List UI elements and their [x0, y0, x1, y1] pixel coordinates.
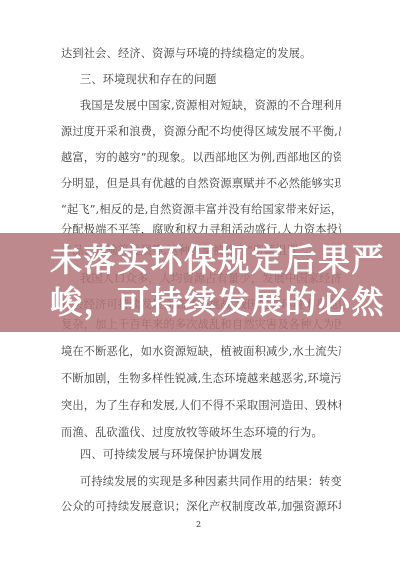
text-line: 不断加剧，生物多样性锐减,生态环境越来越恶劣,环境污染问题愈加 — [61, 372, 341, 386]
text-line: 分明显，但是具有优越的自然资源禀赋并不必然能够实现国家经济的 — [61, 177, 341, 191]
section-heading: 四、可持续发展与环境保护协调发展 — [80, 448, 341, 462]
text-line: 越富，穷的越穷”的现象。以西部地区为例,西部地区的资源禀赋十 — [61, 151, 341, 165]
text-line: 突出，为了生存和发展,人们不得不采取围河造田、毁林种粮、涸泽 — [61, 399, 341, 413]
text-line: 可持续发展的实现是多种因素共同作用的结果：转变观念,增强 — [80, 475, 341, 489]
text-line: “起飞”,相反的是,自然资源丰富并没有给国家带来好运，例如收入 — [61, 203, 341, 217]
text-line: 我国是发展中国家,资源相对短缺，资源的不合理利用造成了资 — [80, 99, 341, 113]
section-heading: 三、环境现状和存在的问题 — [80, 73, 341, 87]
text-line: 境在不断恶化，如水资源短缺，植被面积减少,水土流失严重,荒漠化 — [61, 345, 341, 359]
headline-line-1: 未落实环保规定后果严 — [50, 240, 400, 280]
text-line: 达到社会、经济、资源与环境的持续稳定的发展。 — [61, 47, 341, 61]
page-number: 2 — [196, 520, 201, 529]
headline-line-2: 峻，可持续发展的必然 — [50, 282, 400, 322]
text-line: 而渔、乱砍滥伐、过度放牧等破坏生态环境的行为。 — [61, 426, 341, 440]
text-line: 公众的可持续发展意识；深化产权制度改革,加强资源环境管理；建 — [61, 500, 341, 514]
text-line: 源过度开采和浪费，资源分配不均使得区域发展不平衡,出现“富的 — [61, 125, 341, 139]
